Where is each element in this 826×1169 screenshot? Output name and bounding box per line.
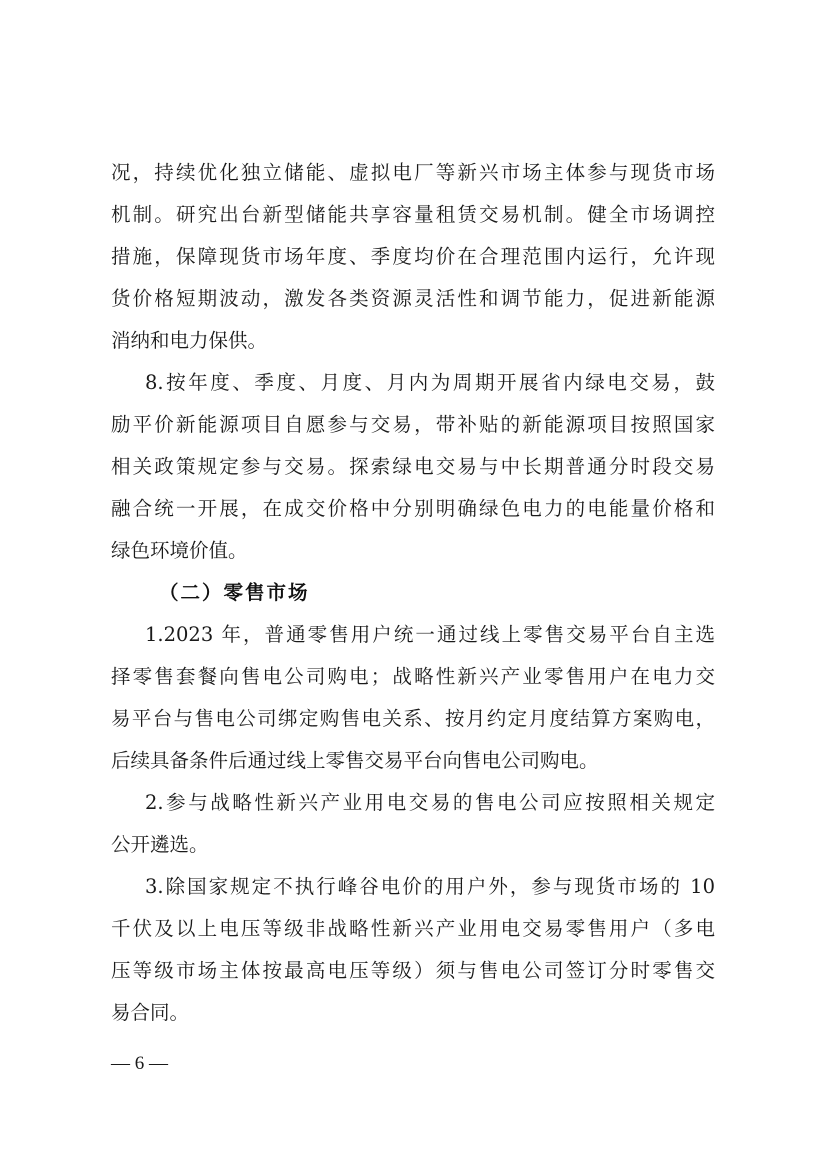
text-line: 后续具备条件后通过线上零售交易平台向售电公司购电。 <box>111 740 715 782</box>
section-heading: （二）零售市场 <box>159 572 310 614</box>
text-line: 消纳和电力保供。 <box>111 320 715 362</box>
text-line: 1.2023 年，普通零售用户统一通过线上零售交易平台自主选 <box>145 614 715 656</box>
text-line: 压等级市场主体按最高电压等级）须与售电公司签订分时零售交 <box>111 950 715 992</box>
text-line: 货价格短期波动，激发各类资源灵活性和调节能力，促进新能源 <box>111 278 715 320</box>
text-line: 况，持续优化独立储能、虚拟电厂等新兴市场主体参与现货市场 <box>111 152 715 194</box>
text-line: 相关政策规定参与交易。探索绿电交易与中长期普通分时段交易 <box>111 446 715 488</box>
text-line: 择零售套餐向售电公司购电；战略性新兴产业零售用户在电力交 <box>111 656 715 698</box>
text-line: 励平价新能源项目自愿参与交易，带补贴的新能源项目按照国家 <box>111 404 715 446</box>
page-number: — 6 — <box>111 1053 168 1075</box>
text-line: 公开遴选。 <box>111 824 715 866</box>
text-line: 绿色环境价值。 <box>111 530 715 572</box>
text-line: 易平台与售电公司绑定购售电关系、按月约定月度结算方案购电， <box>111 698 715 740</box>
text-line: 易合同。 <box>111 992 715 1034</box>
text-line: 融合统一开展，在成交价格中分别明确绿色电力的电能量价格和 <box>111 488 715 530</box>
text-line: 2.参与战略性新兴产业用电交易的售电公司应按照相关规定 <box>145 782 715 824</box>
text-line: 3.除国家规定不执行峰谷电价的用户外，参与现货市场的 10 <box>145 866 715 908</box>
text-line: 8.按年度、季度、月度、月内为周期开展省内绿电交易，鼓 <box>145 362 715 404</box>
text-line: 机制。研究出台新型储能共享容量租赁交易机制。健全市场调控 <box>111 194 715 236</box>
text-line: 措施，保障现货市场年度、季度均价在合理范围内运行，允许现 <box>111 236 715 278</box>
document-page: 况，持续优化独立储能、虚拟电厂等新兴市场主体参与现货市场 机制。研究出台新型储能… <box>0 0 826 1169</box>
text-line: 千伏及以上电压等级非战略性新兴产业用电交易零售用户（多电 <box>111 908 715 950</box>
